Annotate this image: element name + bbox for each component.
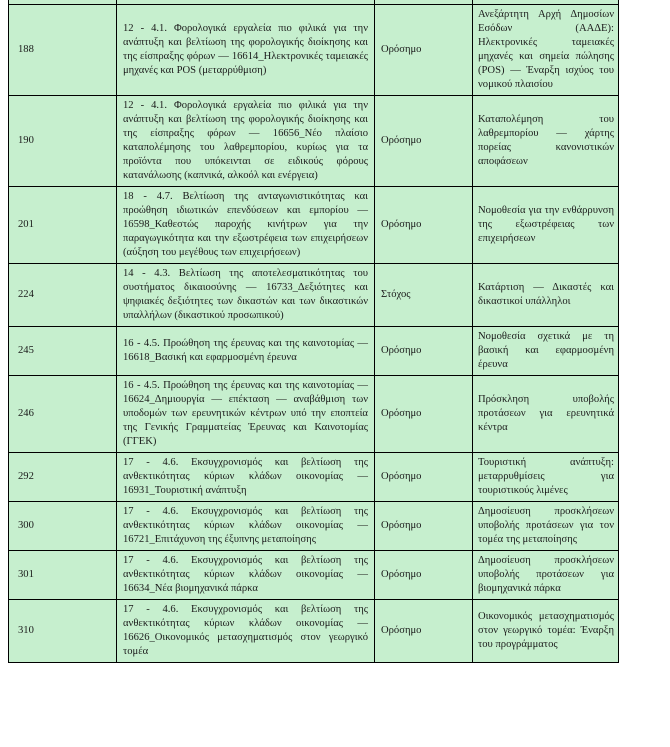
measure-type-cell: Ορόσημο (375, 376, 473, 453)
table-row: 224 14 - 4.3. Βελτίωση της αποτελεσματικ… (9, 264, 619, 327)
table-body: 188 12 - 4.1. Φορολογικά εργαλεία πιο φι… (9, 0, 619, 663)
table-row: 245 16 - 4.5. Προώθηση της έρευνας και τ… (9, 327, 619, 376)
row-number-cell: 292 (9, 453, 117, 502)
qualitative-indicator-cell: Πρόσκληση υποβολής προτάσεων για ερευνητ… (473, 376, 619, 453)
row-number-cell: 301 (9, 551, 117, 600)
measure-description-cell: 16 - 4.5. Προώθηση της έρευνας και της κ… (117, 376, 375, 453)
qualitative-indicator-cell: Κατάρτιση — Δικαστές και δικαστικοί υπάλ… (473, 264, 619, 327)
qualitative-indicator-cell: Νομοθεσία για την ενθάρρυνση της εξωστρέ… (473, 187, 619, 264)
qualitative-indicator-cell: Ανεξάρτητη Αρχή Δημοσίων Εσόδων (ΑΑΔΕ): … (473, 5, 619, 96)
table-row: 201 18 - 4.7. Βελτίωση της ανταγωνιστικό… (9, 187, 619, 264)
measure-type-cell: Στόχος (375, 264, 473, 327)
measure-type-cell: Ορόσημο (375, 327, 473, 376)
qualitative-indicator-cell: Δημοσίευση προσκλήσεων υποβολής προτάσεω… (473, 502, 619, 551)
measure-type-cell: Ορόσημο (375, 187, 473, 264)
measure-type-cell: Ορόσημο (375, 96, 473, 187)
row-number-cell: 188 (9, 5, 117, 96)
measure-type-cell: Ορόσημο (375, 502, 473, 551)
measure-description-cell: 17 - 4.6. Εκσυγχρονισμός και βελτίωση τη… (117, 502, 375, 551)
measure-description-cell: 14 - 4.3. Βελτίωση της αποτελεσματικότητ… (117, 264, 375, 327)
measure-description-cell: 12 - 4.1. Φορολογικά εργαλεία πιο φιλικά… (117, 5, 375, 96)
measure-description-cell: 18 - 4.7. Βελτίωση της ανταγωνιστικότητα… (117, 187, 375, 264)
measure-type-cell: Ορόσημο (375, 600, 473, 663)
row-number-cell: 310 (9, 600, 117, 663)
table-row: 300 17 - 4.6. Εκσυγχρονισμός και βελτίωσ… (9, 502, 619, 551)
measure-description-cell: 17 - 4.6. Εκσυγχρονισμός και βελτίωση τη… (117, 551, 375, 600)
qualitative-indicator-cell: Νομοθεσία σχετικά με τη βασική και εφαρμ… (473, 327, 619, 376)
table-row: 188 12 - 4.1. Φορολογικά εργαλεία πιο φι… (9, 5, 619, 96)
table-row: 246 16 - 4.5. Προώθηση της έρευνας και τ… (9, 376, 619, 453)
measure-description-cell: 17 - 4.6. Εκσυγχρονισμός και βελτίωση τη… (117, 600, 375, 663)
measure-type-cell: Ορόσημο (375, 551, 473, 600)
measure-description-cell: 16 - 4.5. Προώθηση της έρευνας και της κ… (117, 327, 375, 376)
measure-description-cell: 12 - 4.1. Φορολογικά εργαλεία πιο φιλικά… (117, 96, 375, 187)
table-row: 292 17 - 4.6. Εκσυγχρονισμός και βελτίωσ… (9, 453, 619, 502)
row-number-cell: 224 (9, 264, 117, 327)
table-row: 190 12 - 4.1. Φορολογικά εργαλεία πιο φι… (9, 96, 619, 187)
qualitative-indicator-cell: Τουριστική ανάπτυξη: μεταρρυθμίσεις για … (473, 453, 619, 502)
milestones-table: 188 12 - 4.1. Φορολογικά εργαλεία πιο φι… (8, 0, 619, 663)
measure-description-cell: 17 - 4.6. Εκσυγχρονισμός και βελτίωση τη… (117, 453, 375, 502)
table-row: 310 17 - 4.6. Εκσυγχρονισμός και βελτίωσ… (9, 600, 619, 663)
measure-type-cell: Ορόσημο (375, 453, 473, 502)
row-number-cell: 201 (9, 187, 117, 264)
qualitative-indicator-cell: Δημοσίευση προσκλήσεων υποβολής προτάσεω… (473, 551, 619, 600)
row-number-cell: 300 (9, 502, 117, 551)
row-number-cell: 246 (9, 376, 117, 453)
table-row: 301 17 - 4.6. Εκσυγχρονισμός και βελτίωσ… (9, 551, 619, 600)
measure-type-cell: Ορόσημο (375, 5, 473, 96)
document-table-container: 188 12 - 4.1. Φορολογικά εργαλεία πιο φι… (8, 0, 619, 663)
qualitative-indicator-cell: Οικονομικός μετασχηματισμός στον γεωργικ… (473, 600, 619, 663)
row-number-cell: 245 (9, 327, 117, 376)
qualitative-indicator-cell: Καταπολέμηση του λαθρεμπορίου — χάρτης π… (473, 96, 619, 187)
row-number-cell: 190 (9, 96, 117, 187)
